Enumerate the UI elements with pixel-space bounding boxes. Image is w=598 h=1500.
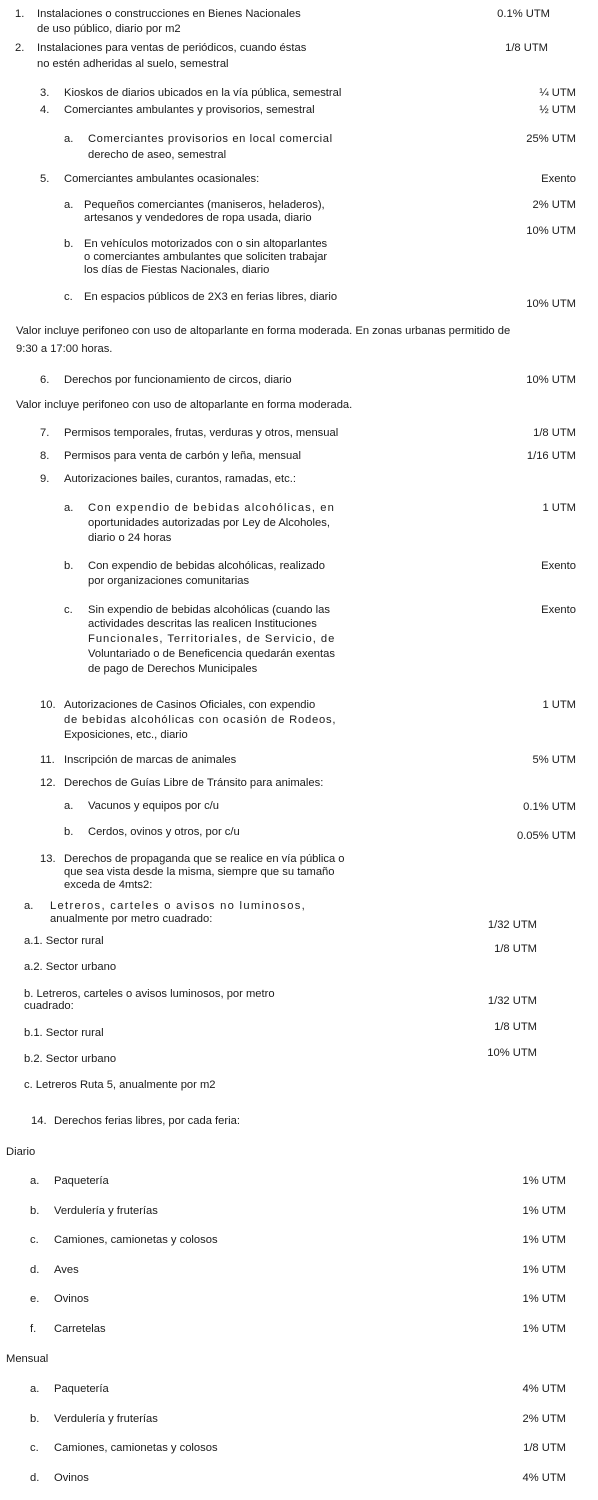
item-text: Comerciantes ambulantes ocasionales: — [64, 172, 259, 187]
item-text: Cerdos, ovinos y otros, por c/u — [88, 825, 240, 840]
item-value: 1/8 UTM — [505, 41, 548, 56]
item-text: diario o 24 horas — [88, 531, 171, 546]
item-value: 1/32 UTM — [488, 994, 537, 1009]
row-letter: e. — [30, 1292, 39, 1307]
item-text: derecho de aseo, semestral — [88, 148, 226, 163]
item-value: 1/32 UTM — [488, 918, 537, 933]
item-number: 11. — [40, 753, 55, 768]
row-letter: b. — [30, 1412, 39, 1427]
item-number: 2. — [15, 41, 24, 56]
item-text: Funcionales, Territoriales, de Servicio,… — [88, 632, 335, 647]
item-letter: a. — [64, 132, 73, 147]
row-text: Paquetería — [54, 1382, 109, 1397]
item-text: anualmente por metro cuadrado: — [50, 912, 212, 927]
item-number: 14. — [31, 1114, 47, 1129]
row-text: Camiones, camionetas y colosos — [54, 1441, 218, 1456]
row-text: Paquetería — [54, 1174, 109, 1189]
item-text: a.1. Sector rural — [24, 934, 104, 949]
item-text: b.1. Sector rural — [24, 1026, 104, 1041]
row-letter: c. — [30, 1233, 39, 1248]
item-text: por organizaciones comunitarias — [88, 574, 249, 589]
item-value: 1/8 UTM — [494, 1020, 537, 1035]
row-value: 4% UTM — [522, 1382, 566, 1397]
row-value: 1% UTM — [522, 1174, 566, 1189]
item-text: Permisos para venta de carbón y leña, me… — [64, 449, 301, 464]
row-letter: a. — [30, 1382, 39, 1397]
note-text: Valor incluye perifoneo con uso de altop… — [16, 324, 510, 339]
row-value: 2% UTM — [522, 1412, 566, 1427]
item-text: oportunidades autorizadas por Ley de Alc… — [88, 516, 330, 531]
item-text: de pago de Derechos Municipales — [88, 662, 257, 677]
item-text: Permisos temporales, frutas, verduras y … — [64, 426, 338, 441]
item-number: 6. — [40, 373, 49, 388]
item-text: Kioskos de diarios ubicados en la vía pú… — [64, 86, 341, 101]
item-value: 1/8 UTM — [494, 942, 537, 957]
item-text: Autorizaciones bailes, curantos, ramadas… — [64, 472, 296, 487]
item-letter: a. — [64, 198, 73, 213]
item-letter: b. — [64, 237, 73, 252]
item-text: exceda de 4mts2: — [64, 878, 152, 893]
item-text: Con expendio de bebidas alcohólicas, en — [88, 501, 335, 516]
item-text: Instalaciones para ventas de periódicos,… — [37, 41, 306, 56]
row-value: 1% UTM — [522, 1233, 566, 1248]
item-text: En espacios públicos de 2X3 en ferias li… — [84, 290, 337, 305]
item-value: 10% UTM — [526, 297, 576, 312]
item-value: ½ UTM — [539, 103, 576, 118]
row-letter: d. — [30, 1263, 39, 1278]
row-value: 4% UTM — [522, 1471, 566, 1486]
item-letter: c. — [64, 603, 73, 618]
item-value: 10% UTM — [487, 1046, 537, 1061]
item-value: 1/8 UTM — [533, 426, 576, 441]
row-value: 1% UTM — [522, 1263, 566, 1278]
item-text: de uso público, diario por m2 — [37, 22, 181, 37]
item-value: 25% UTM — [526, 132, 576, 147]
item-text: Con expendio de bebidas alcohólicas, rea… — [88, 559, 325, 574]
item-value: 1 UTM — [542, 501, 576, 516]
item-value: Exento — [541, 172, 576, 187]
item-value: 1/16 UTM — [527, 449, 576, 464]
item-text: artesanos y vendedores de ropa usada, di… — [84, 211, 312, 226]
item-value: 10% UTM — [526, 373, 576, 388]
item-text: Inscripción de marcas de animales — [64, 753, 236, 768]
row-text: Ovinos — [54, 1471, 89, 1486]
row-text: Aves — [54, 1263, 79, 1278]
item-text: de bebidas alcohólicas con ocasión de Ro… — [64, 713, 336, 728]
item-number: 3. — [40, 86, 49, 101]
row-letter: d. — [30, 1471, 39, 1486]
item-text: cuadrado: — [24, 999, 74, 1014]
item-text: los días de Fiestas Nacionales, diario — [84, 263, 269, 278]
item-value: 1 UTM — [542, 698, 576, 713]
section-label-diario: Diario — [6, 1145, 35, 1160]
item-letter: a. — [64, 799, 73, 814]
item-text: Sin expendio de bebidas alcohólicas (cua… — [88, 603, 330, 618]
item-text: Vacunos y equipos por c/u — [88, 799, 219, 814]
item-letter: a. — [24, 899, 33, 914]
item-text: no estén adheridas al suelo, semestral — [37, 57, 229, 72]
item-value: 0.1% UTM — [523, 800, 576, 815]
item-text: c. Letreros Ruta 5, anualmente por m2 — [24, 1078, 216, 1093]
item-letter: c. — [64, 290, 73, 305]
row-letter: a. — [30, 1174, 39, 1189]
row-letter: b. — [30, 1204, 39, 1219]
section-label-mensual: Mensual — [6, 1352, 48, 1367]
row-text: Carretelas — [54, 1322, 106, 1337]
item-text: Comerciantes provisorios en local comerc… — [88, 132, 333, 147]
item-value: 0.1% UTM — [497, 7, 550, 22]
item-value: Exento — [541, 559, 576, 574]
row-letter: c. — [30, 1441, 39, 1456]
item-number: 13. — [40, 852, 56, 867]
item-text: Comerciantes ambulantes y provisorios, s… — [64, 103, 315, 118]
item-text: b.2. Sector urbano — [24, 1052, 116, 1067]
row-text: Verdulería y fruterías — [54, 1204, 158, 1219]
item-text: Instalaciones o construcciones en Bienes… — [37, 7, 301, 22]
item-number: 9. — [40, 472, 49, 487]
item-number: 5. — [40, 172, 49, 187]
item-value: 0.05% UTM — [517, 829, 576, 844]
item-value: Exento — [541, 603, 576, 618]
item-number: 10. — [40, 698, 56, 713]
row-letter: f. — [30, 1322, 36, 1337]
item-number: 12. — [40, 776, 56, 791]
item-value: 2% UTM — [532, 198, 576, 213]
item-value: 10% UTM — [526, 224, 576, 239]
row-value: 1% UTM — [522, 1322, 566, 1337]
item-value: ¼ UTM — [539, 86, 576, 101]
item-text: Derechos por funcionamiento de circos, d… — [64, 373, 292, 388]
item-number: 7. — [40, 426, 49, 441]
row-text: Camiones, camionetas y colosos — [54, 1233, 218, 1248]
item-number: 4. — [40, 103, 49, 118]
row-value: 1% UTM — [522, 1292, 566, 1307]
item-text: Autorizaciones de Casinos Oficiales, con… — [64, 698, 315, 713]
item-text: Derechos ferias libres, por cada feria: — [54, 1114, 240, 1129]
row-text: Ovinos — [54, 1292, 89, 1307]
row-value: 1% UTM — [522, 1204, 566, 1219]
item-letter: a. — [64, 501, 73, 516]
item-number: 1. — [15, 7, 24, 22]
item-text: Voluntariado o de Beneficencia quedarán … — [88, 647, 335, 662]
note-text: Valor incluye perifoneo con uso de altop… — [16, 398, 352, 413]
row-value: 1/8 UTM — [523, 1441, 566, 1456]
note-text: 9:30 a 17:00 horas. — [16, 342, 112, 357]
item-text: a.2. Sector urbano — [24, 960, 116, 975]
item-text: Exposiciones, etc., diario — [64, 728, 188, 743]
item-letter: b. — [64, 825, 73, 840]
item-text: Derechos de Guías Libre de Tránsito para… — [64, 776, 323, 791]
item-letter: b. — [64, 559, 73, 574]
item-number: 8. — [40, 449, 49, 464]
item-value: 5% UTM — [532, 753, 576, 768]
row-text: Verdulería y fruterías — [54, 1412, 158, 1427]
item-text: actividades descritas las realicen Insti… — [88, 617, 317, 632]
